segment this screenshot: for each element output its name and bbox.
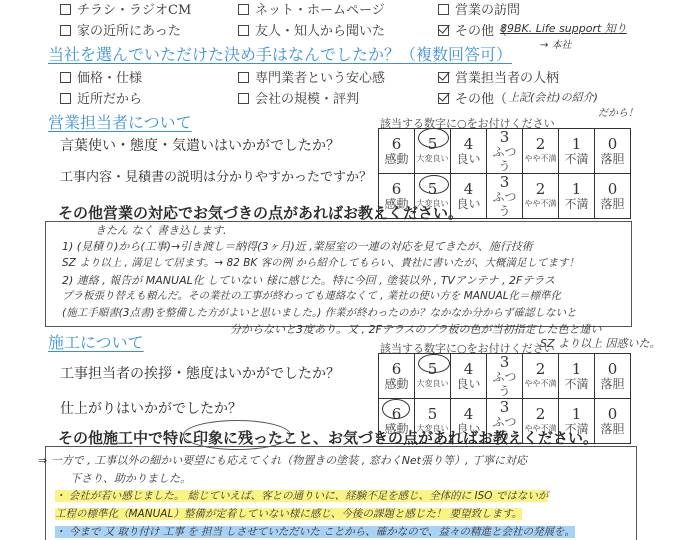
sales-comment-prompt: その他営業の対応でお気づきの点があればお教えください。 [58,202,463,223]
sales-comment-line: プラ板張り替えも頼んだ。その業社の工事が終わっても連絡なくて , 業社の使い方を… [62,288,561,303]
rating-cell-5-selected[interactable]: 5大変良い [415,354,451,399]
question-worker-manners: 工事担当者の挨拶・態度はいかがでしたか？ [60,363,340,383]
rating-cell-3[interactable]: 3ふつう [487,354,523,399]
sales-comment-line: SZ より以上 因惑いた。 [540,335,661,351]
rating-cell-2[interactable]: 2やや不満 [523,354,559,399]
section-heading-deciding-factor: 当社を選んでいただけた決め手はなんでしたか？（複数回答可） [48,42,512,65]
other-found-note: → 本社 [540,36,572,51]
question-sales-manners: 言葉使い・態度・気遣いはいかがでしたか？ [60,135,340,155]
option-sales-personality[interactable]: 営業担当者の人柄 [438,67,559,86]
construction-comment-line: ・ 会社が若い感じました。 総じていえば、客との通りいに、経験不足を感じ、全体的… [55,488,548,503]
rating-cell-0[interactable]: 0落胆 [595,174,631,219]
construction-comment-line: ⇒ 一方で , 工事以外の細かい要望にも応えてくれ（物置きの塗装 , 窓わくNe… [38,452,527,468]
rating-cell-0[interactable]: 0落胆 [595,399,631,444]
checkbox[interactable] [60,93,71,104]
sales-comment-line: (施工手順書(3点書)を整備した方がよいと思いました。) 作業が終わったのか？な… [62,305,577,320]
section-heading-sales: 営業担当者について [48,110,192,133]
rating-cell-3[interactable]: 3ふつう [487,129,523,174]
question-estimate-explanation: 工事内容・見積書の説明は分かりやすかったですか？ [60,166,372,185]
checkbox[interactable] [238,72,249,83]
checkbox[interactable] [438,4,449,15]
option-sales-visit[interactable]: 営業の訪問 [438,0,520,18]
selection-circle [382,399,410,419]
rating-cell-2[interactable]: 2やや不満 [523,129,559,174]
checkbox[interactable] [60,72,71,83]
checkbox-checked[interactable] [438,93,449,104]
option-company-reputation[interactable]: 会社の規模・評判 [238,88,359,107]
rating-cell-3[interactable]: 3ふつう [487,174,523,219]
construction-comment-line: ・ 今まで 又 取り付け 工事 を 担当 しさせていただいた ことから、確かなの… [55,524,575,539]
rating-cell-1[interactable]: 1不満 [559,129,595,174]
rating-cell-6[interactable]: 6感動 [379,354,415,399]
highlight-yellow: 工程の標準化（MANUAL）整備が定着していない様に感じ、今後の課題と感じた！ … [55,508,522,520]
selection-circle [418,354,450,373]
other-decision-handwritten: 上記(会社)の紹介) [508,89,598,105]
highlight-blue: ・ 今まで 又 取り付け 工事 を 担当 しさせていただいた ことから、確かなの… [55,526,575,538]
sales-comment-line: SZ より以上 , 満足して居ます。→ 82 BK 客の例 から紹介してもらい、… [62,255,579,270]
checkbox[interactable] [60,25,71,36]
option-price-spec[interactable]: 価格・仕様 [60,67,142,86]
other-found-handwritten: 89BK. Life support 知り [500,20,627,36]
option-net-homepage[interactable]: ネット・ホームページ [238,0,385,18]
construction-comment-line: 下さり、助かりました。 [70,470,191,486]
option-other-found[interactable]: その他（ [438,20,507,39]
rating-cell-5-selected[interactable]: 5大変良い [415,129,451,174]
option-specialist-trust[interactable]: 専門業者という安心感 [238,67,385,86]
option-near-home[interactable]: 家の近所にあった [60,20,181,39]
selection-circle [419,175,449,194]
sales-comment-line: 2) 連絡 , 報告が MANUAL化 していない 様に感じた。特に今回 , 塗… [62,272,555,288]
construction-comment-prompt: その他施工中で特に印象に残ったこと、お気づきの点があればお教えください。 [58,427,598,448]
checkbox[interactable] [238,4,249,15]
rating-cell-0[interactable]: 0落胆 [595,354,631,399]
rating-row-sales-manners: 6感動 5大変良い 4良い 3ふつう 2やや不満 1不満 0落胆 [379,129,631,174]
sales-comment-line: きたん なく 書き込します. [95,222,227,238]
construction-comment-line: 工程の標準化（MANUAL）整備が定着していない様に感じ、今後の課題と感じた！ … [55,506,522,521]
rating-cell-1[interactable]: 1不満 [559,354,595,399]
option-nearby[interactable]: 近所だから [60,88,142,107]
other-decision-note: だから！ [598,104,638,119]
sales-comment-line: 1) (見積り)から(工事)→引き渡し＝納得(3ヶ月)近 ,業屋室の一連の対応を… [62,238,533,254]
selection-circle [418,128,449,148]
option-flyer-radio[interactable]: チラシ・ラジオCM [60,0,191,18]
checkbox[interactable] [60,4,71,15]
checkbox[interactable] [238,93,249,104]
section-heading-construction: 施工について [48,330,144,353]
question-finish-quality: 仕上がりはいかがでしたか？ [60,398,242,418]
rating-cell-2[interactable]: 2やや不満 [523,174,559,219]
rating-cell-6[interactable]: 6感動 [379,129,415,174]
rating-cell-1[interactable]: 1不満 [559,174,595,219]
checkbox-checked[interactable] [438,72,449,83]
option-other-decision[interactable]: その他（ [438,88,507,107]
checkbox[interactable] [238,25,249,36]
rating-row-worker-manners: 6感動 5大変良い 4良い 3ふつう 2やや不満 1不満 0落胆 [379,354,631,399]
rating-cell-0[interactable]: 0落胆 [595,129,631,174]
rating-cell-4[interactable]: 4良い [451,129,487,174]
rating-cell-4[interactable]: 4良い [451,354,487,399]
option-friend-referral[interactable]: 友人・知人から聞いた [238,20,385,39]
checkbox-checked[interactable] [438,25,449,36]
highlight-yellow: ・ 会社が若い感じました。 総じていえば、客との通りいに、経験不足を感じ、全体的… [55,490,548,502]
